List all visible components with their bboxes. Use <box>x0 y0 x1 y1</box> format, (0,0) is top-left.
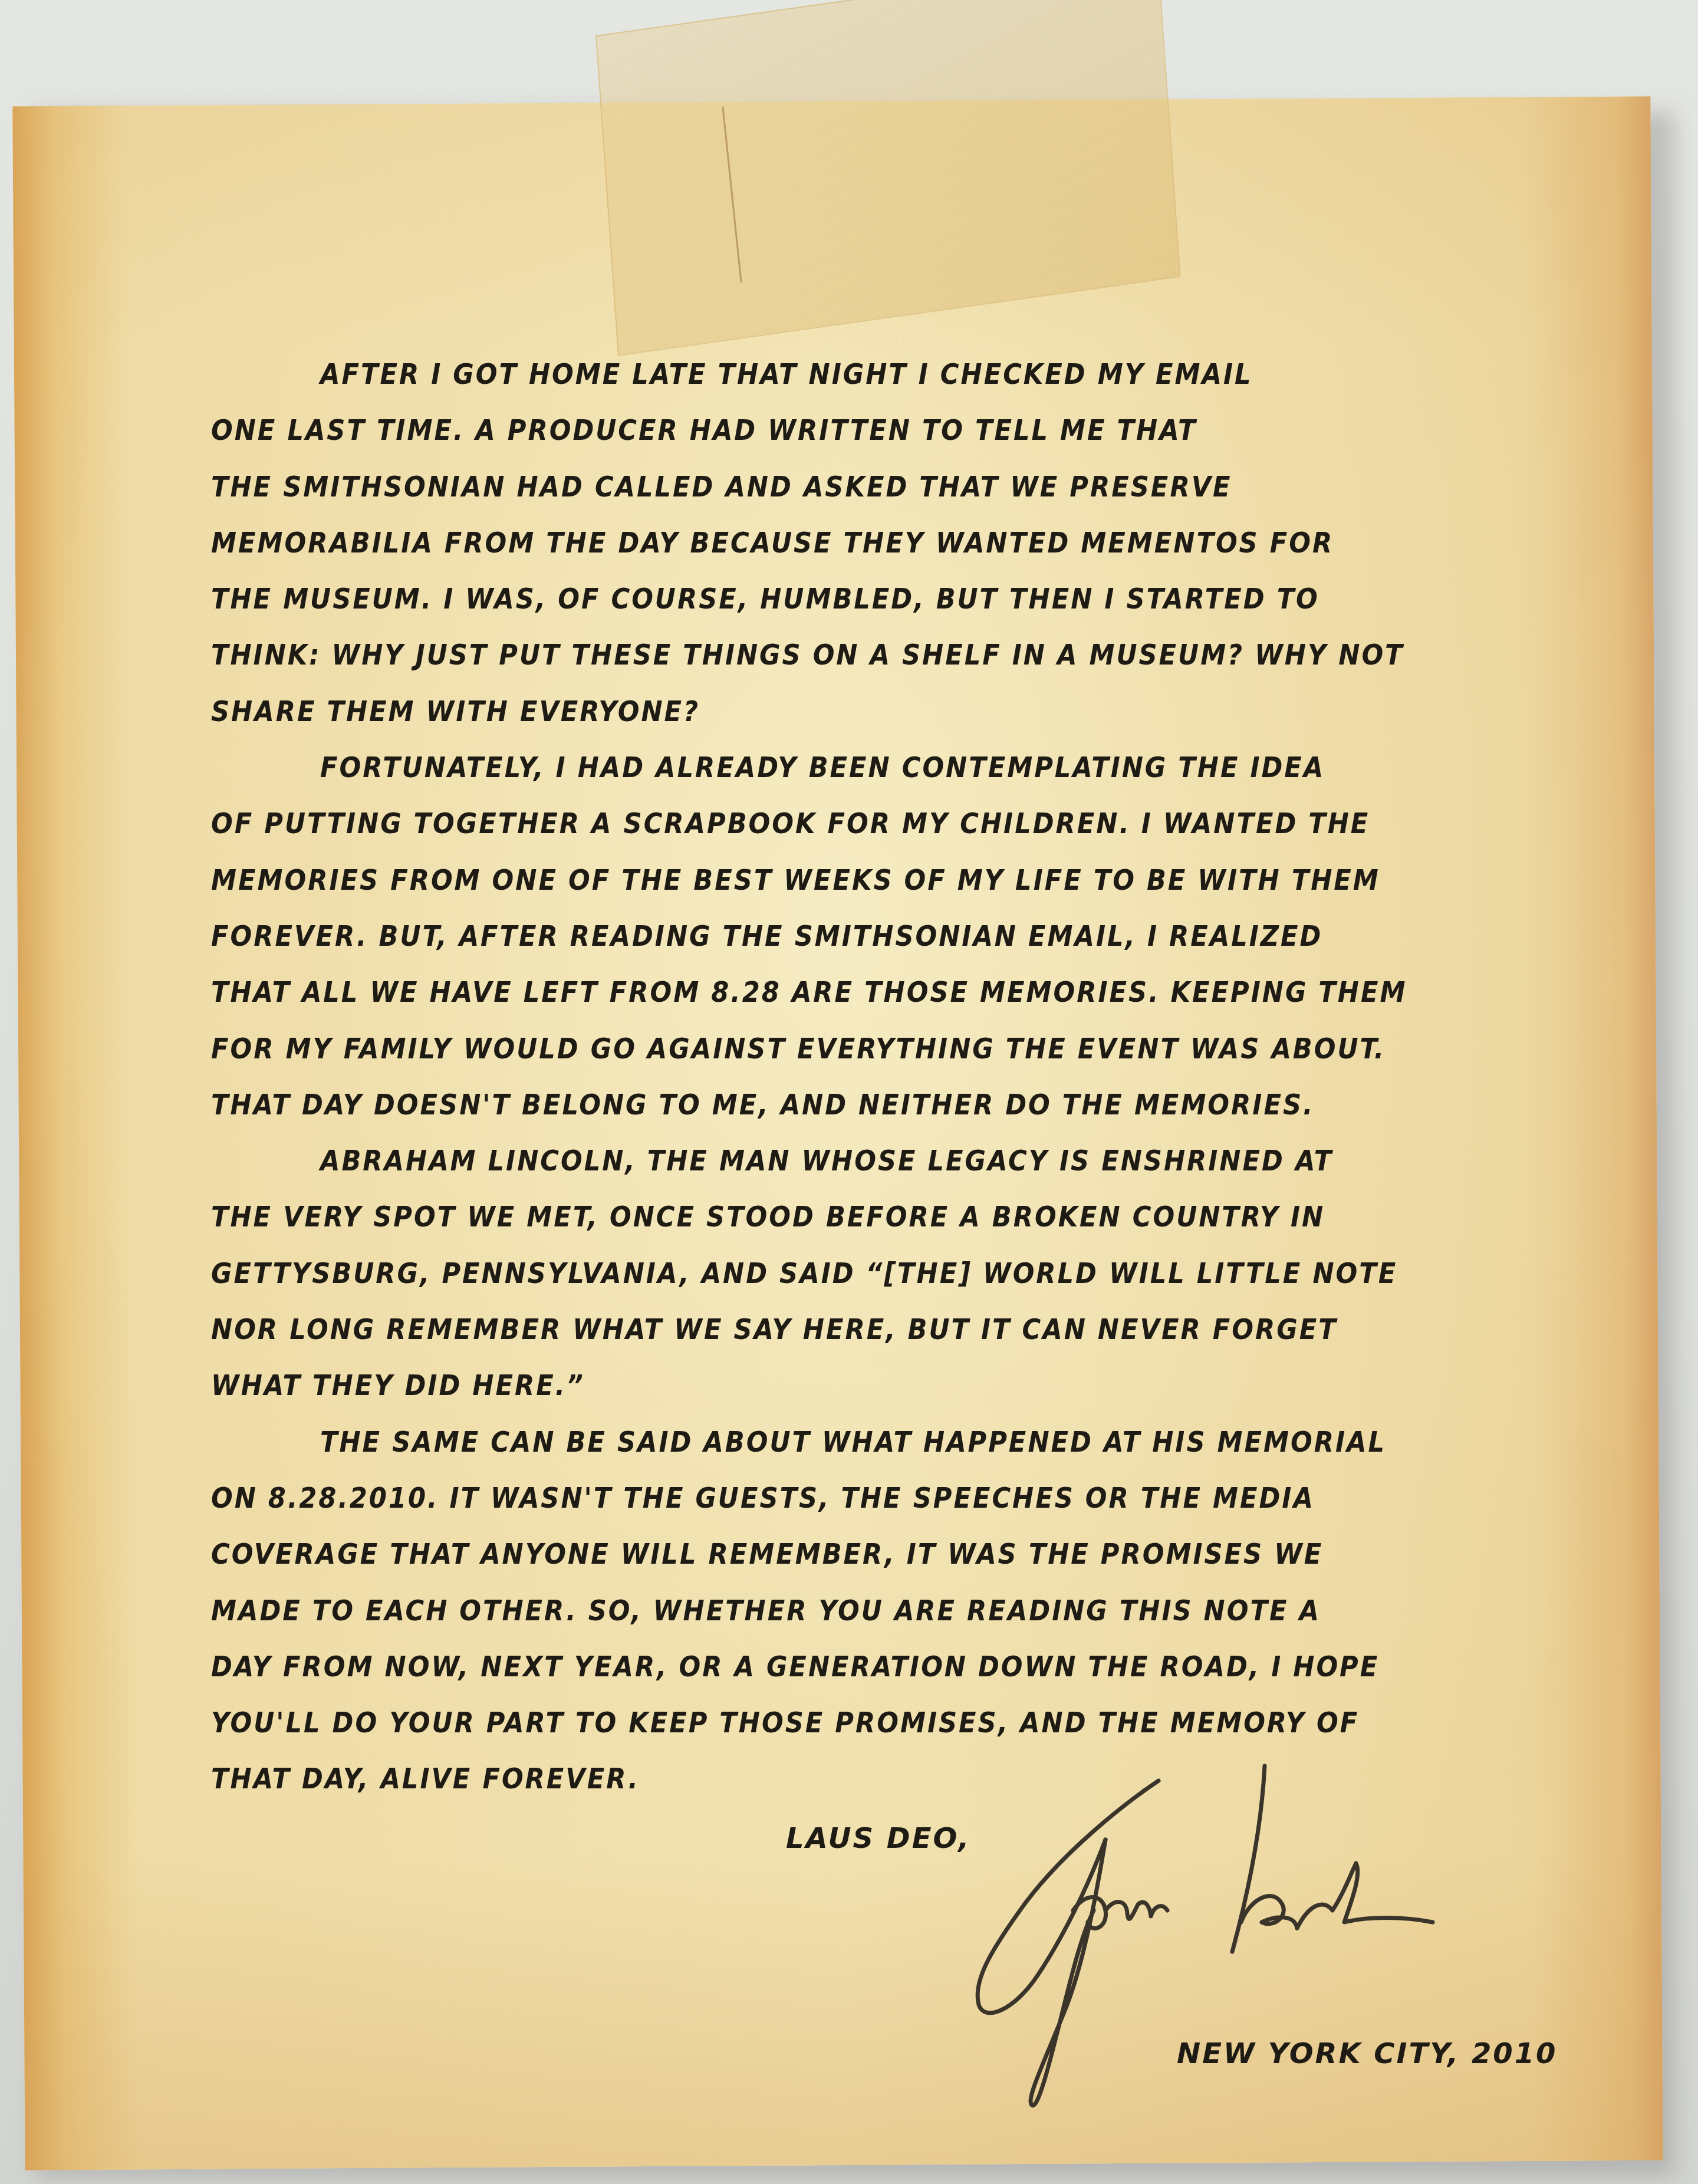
letter-body: After I got home late that night I check… <box>211 347 1544 1808</box>
paragraph-2: Fortunately, I had already been contempl… <box>211 740 1544 1133</box>
text-line: Gettysburg, Pennsylvania, and said “[The… <box>102 1246 1544 1302</box>
text-line: memories from one of the best weeks of m… <box>102 853 1544 909</box>
text-line: for my family would go against everythin… <box>102 1021 1544 1077</box>
text-line: the very spot we met, once stood before … <box>102 1189 1544 1245</box>
text-line: what they did here.” <box>102 1358 1544 1414</box>
text-line: the Smithsonian had called and asked tha… <box>102 459 1544 515</box>
text-line: Fortunately, I had already been contempl… <box>211 740 1544 796</box>
text-line: made to each other. So, whether you are … <box>102 1583 1544 1639</box>
text-line: think: why just put these things on a sh… <box>102 627 1544 683</box>
paragraph-4: The same can be said about what happened… <box>211 1415 1544 1808</box>
paragraph-1: After I got home late that night I check… <box>211 347 1544 740</box>
text-line: nor long remember what we say here, but … <box>102 1302 1544 1358</box>
text-line: one last time. A producer had written to… <box>102 403 1544 459</box>
closing-salutation: Laus Deo, <box>786 1822 970 1855</box>
text-line: the museum. I was, of course, humbled, b… <box>102 571 1544 627</box>
text-line: that all we have left from 8.28 are thos… <box>102 965 1544 1021</box>
text-line: memorabilia from the day because they wa… <box>102 515 1544 571</box>
text-line: you'll do your part to keep those promis… <box>102 1695 1544 1751</box>
place-date: New York City, 2010 <box>1177 2037 1558 2070</box>
text-line: forever. But, after reading the Smithson… <box>102 909 1544 965</box>
text-line: The same can be said about what happened… <box>211 1415 1544 1471</box>
text-line: That day doesn't belong to me, and neith… <box>102 1077 1544 1133</box>
text-line: day from now, next year, or a generation… <box>102 1639 1544 1695</box>
text-line: Abraham Lincoln, the man whose legacy is… <box>211 1133 1544 1189</box>
text-line: share them with everyone? <box>102 684 1544 740</box>
text-line: After I got home late that night I check… <box>211 347 1544 403</box>
text-line: on 8.28.2010. It wasn't the guests, the … <box>102 1471 1544 1527</box>
text-line: coverage that anyone will remember, it w… <box>102 1527 1544 1583</box>
paragraph-3: Abraham Lincoln, the man whose legacy is… <box>211 1133 1544 1414</box>
text-line: of putting together a scrapbook for my c… <box>102 796 1544 852</box>
